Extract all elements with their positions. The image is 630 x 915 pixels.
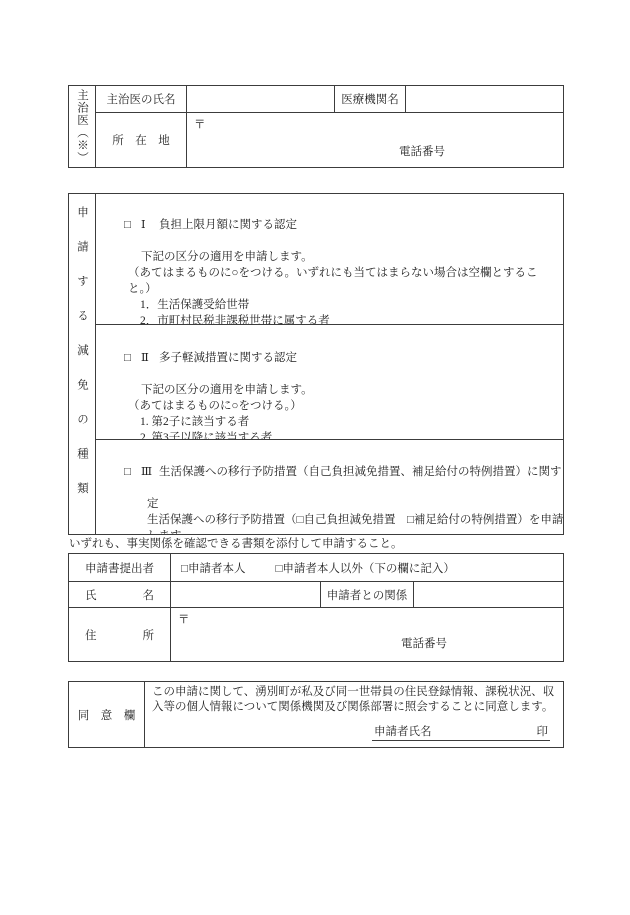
section-1-option[interactable]: 2．市町村民税非課税世帯に属する者 <box>140 313 559 324</box>
section-1-line: 下記の区分の適用を申請します。 <box>141 249 559 265</box>
physician-address-label: 所 在 地 <box>96 113 187 167</box>
section-1-head: □Ⅰ負担上限月額に関する認定 <box>101 201 559 249</box>
exemption-table: 申請する減免の種類 □Ⅰ負担上限月額に関する認定 下記の区分の適用を申請します。… <box>68 193 564 535</box>
applicant-name-field[interactable] <box>171 582 321 607</box>
institution-label: 医療機関名 <box>335 86 406 112</box>
physician-name-field[interactable] <box>187 86 335 112</box>
section-2-head: □Ⅱ多子軽減措置に関する認定 <box>101 334 559 382</box>
option-self[interactable]: □申請者本人 <box>181 560 245 576</box>
section-2-checkbox[interactable]: □ <box>124 352 131 364</box>
postal-mark: 〒 <box>194 116 206 132</box>
section-3-title: 生活保護への移行予防措置（自己負担減免措置、補足給付の特例措置）に関する認 <box>159 466 563 478</box>
section-2-line: （あてはまるものに○をつける。） <box>128 398 559 414</box>
consent-table: 同 意 欄 この申請に関して、湧別町が私及び同一世帯員の住民登録情報、課税状況、… <box>68 681 564 748</box>
section-3-line: します。 <box>147 528 559 534</box>
physician-address-field[interactable]: 〒 電話番号 <box>187 113 563 167</box>
section-2-title: 多子軽減措置に関する認定 <box>159 352 297 364</box>
physician-vertical-label: 主治医（※） <box>69 86 96 167</box>
section-2: □Ⅱ多子軽減措置に関する認定 下記の区分の適用を申請します。 （あてはまるものに… <box>96 324 563 439</box>
exemption-vertical-label: 申請する減免の種類 <box>69 194 96 534</box>
postal-mark: 〒 <box>178 611 190 627</box>
section-3-line: 定 <box>147 496 559 512</box>
applicant-address-label: 住 所 <box>69 608 171 661</box>
institution-field[interactable] <box>406 86 563 112</box>
section-1-line: （あてはまるものに○をつける。いずれにも当てはまらない場合は空欄とするこ <box>128 265 559 281</box>
physician-phone-label: 電話番号 <box>399 143 445 159</box>
section-1-checkbox[interactable]: □ <box>124 219 131 231</box>
applicant-table: 申請書提出者 □申請者本人 □申請者本人以外（下の欄に記入） 氏 名 申請者との… <box>68 553 564 662</box>
submitter-options: □申請者本人 □申請者本人以外（下の欄に記入） <box>171 554 563 581</box>
seal-label: 印 <box>537 726 549 738</box>
applicant-phone-label: 電話番号 <box>401 635 447 651</box>
consent-text-line1: この申請に関して、湧別町が私及び同一世帯員の住民登録情報、課税状況、収 <box>152 685 557 700</box>
section-1-numeral: Ⅰ <box>141 217 159 233</box>
applicant-address-field[interactable]: 〒 電話番号 <box>171 608 563 661</box>
physician-vertical-label-text: 主治医（※） <box>74 86 90 167</box>
section-3-checkbox[interactable]: □ <box>124 466 131 478</box>
consent-body: この申請に関して、湧別町が私及び同一世帯員の住民登録情報、課税状況、収 入等の個… <box>145 682 563 747</box>
section-2-option[interactable]: 2. 第3子以降に該当する者 <box>140 430 559 439</box>
attachment-note: いずれも、事実関係を確認できる書類を添付して申請すること。 <box>69 537 403 552</box>
section-1-option[interactable]: 1．生活保護受給世帯 <box>140 297 559 313</box>
applicant-name-label: 氏 名 <box>69 582 171 607</box>
section-1-line: と。） <box>128 281 559 297</box>
section-1: □Ⅰ負担上限月額に関する認定 下記の区分の適用を申請します。 （あてはまるものに… <box>96 194 563 324</box>
consent-label: 同 意 欄 <box>69 682 145 747</box>
section-3-option[interactable]: 生活保護への移行予防措置（□自己負担減免措置 □補足給付の特例措置）を申請 <box>147 512 559 528</box>
option-other[interactable]: □申請者本人以外（下の欄に記入） <box>275 560 454 576</box>
relation-label: 申請者との関係 <box>321 582 414 607</box>
section-2-option[interactable]: 1. 第2子に該当する者 <box>140 414 559 430</box>
signature-label: 申請者氏名 <box>374 726 432 738</box>
section-1-title: 負担上限月額に関する認定 <box>159 219 297 231</box>
physician-name-label: 主治医の氏名 <box>96 86 187 112</box>
signature-line[interactable]: 申請者氏名印 <box>372 723 550 741</box>
section-2-numeral: Ⅱ <box>141 350 159 366</box>
exemption-vertical-label-text: 申請する減免の種類 <box>74 194 90 534</box>
relation-field[interactable] <box>414 582 563 607</box>
consent-text-line2: 入等の個人情報について関係機関及び関係部署に照会することに同意します。 <box>152 700 557 715</box>
submitter-label: 申請書提出者 <box>69 554 171 581</box>
section-3: □Ⅲ生活保護への移行予防措置（自己負担減免措置、補足給付の特例措置）に関する認 … <box>96 439 563 534</box>
section-3-numeral: Ⅲ <box>141 464 159 480</box>
physician-table: 主治医（※） 主治医の氏名 医療機関名 所 在 地 〒 電話番号 <box>68 85 564 168</box>
section-3-head: □Ⅲ生活保護への移行予防措置（自己負担減免措置、補足給付の特例措置）に関する認 <box>101 448 559 496</box>
section-2-line: 下記の区分の適用を申請します。 <box>141 382 559 398</box>
